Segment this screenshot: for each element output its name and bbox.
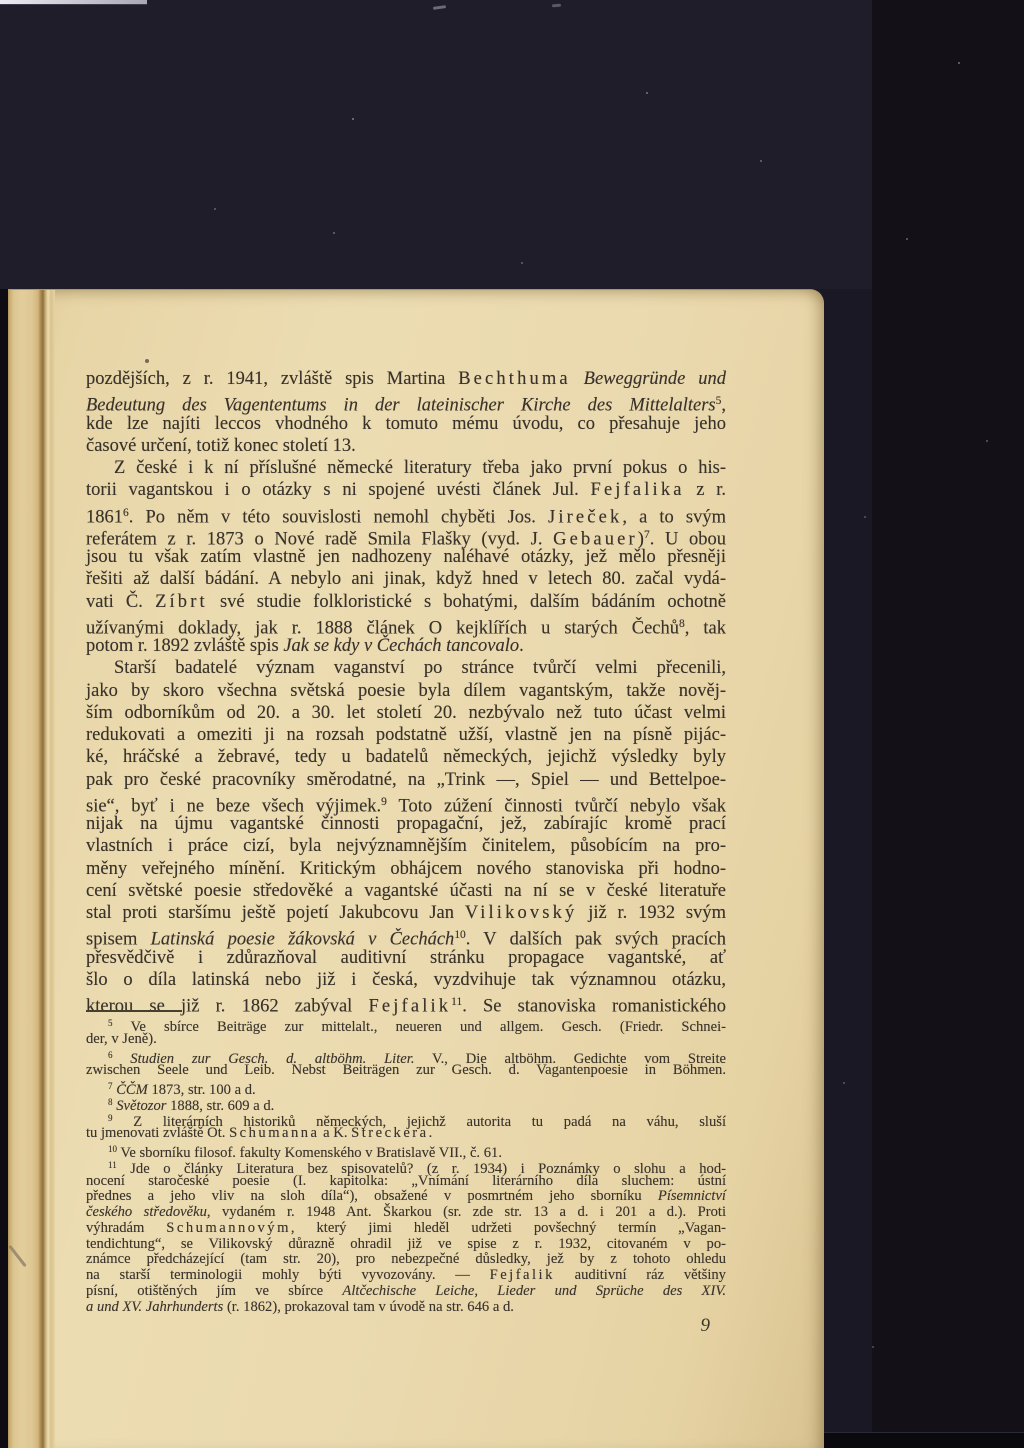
dust-specks [352, 118, 354, 120]
footnote-line: písní, otištěných jím ve sbírce Altčechi… [86, 1284, 726, 1300]
footnote-reference: 6 [108, 1050, 113, 1060]
text-segment: tendichtung“, se Vilikovský důrazně ohra… [86, 1236, 726, 1252]
ink-spot [145, 359, 149, 363]
text-segment: ké, hráčské a žebravé, tedy u badatelů n… [86, 747, 726, 767]
text-line: vlastních i práce cizí, byla nejvýznamně… [86, 835, 726, 857]
text-segment: pak pro české pracovníky směrodatné, na … [86, 770, 726, 790]
text-line: ké, hráčské a žebravé, tedy u badatelů n… [86, 746, 726, 768]
text-segment: Streckera [351, 1125, 428, 1141]
text-segment: , vydaném r. 1948 Ant. Škarkou (sr. zde … [207, 1204, 726, 1220]
text-segment: ším odborníkům od 20. a 30. let století … [86, 703, 726, 723]
footnote-reference: 11 [451, 996, 462, 1008]
text-segment: der, v Jeně). [86, 1031, 157, 1047]
text-segment: Beweggründe und [584, 369, 726, 389]
text-segment: českého středověku [86, 1204, 207, 1220]
text-segment: měny veřejného mínění. Kritickým obhájce… [86, 859, 726, 879]
footnote-reference: 10 [108, 1144, 117, 1154]
text-segment: výhradám [86, 1220, 166, 1236]
page-number: 9 [86, 1315, 726, 1337]
text-line: pak pro české pracovníky směrodatné, na … [86, 769, 726, 791]
black-left-sliver [0, 289, 8, 1448]
text-line: nijak na újmu vagantské činnosti propaga… [86, 813, 726, 835]
scan-bottom-seam [818, 1432, 1024, 1448]
text-segment: přesvědčivě i zdůrazňoval auditivní strá… [86, 948, 726, 968]
text-line: Bedeutung des Vagententums in der latein… [86, 390, 726, 412]
text-segment: torii vagantskou i o otázky s ni spojené… [86, 480, 591, 500]
footnote-line: zwischen Seele und Leib. Nebst Beiträgen… [86, 1063, 726, 1079]
text-segment: , který jimi hleděl udržeti povšechný te… [291, 1220, 726, 1236]
footnote-line: 11 Jde o články Literatura bez spisovate… [86, 1158, 726, 1174]
scanned-book-photo: pozdějších, z r. 1941, zvláště spis Mart… [0, 0, 1024, 1448]
footnote-reference: 11 [108, 1160, 117, 1170]
footnote-line: 5 Ve sbírce Beiträge zur mittelalt., neu… [86, 1016, 726, 1032]
text-segment: na starší terminologii mohly býti vyvozo… [86, 1267, 490, 1283]
text-segment: vlastních i práce cizí, byla nejvýznamně… [86, 836, 726, 856]
footnote-reference: 7 [108, 1081, 113, 1091]
text-segment: Fejfalika [591, 480, 685, 500]
text-line: stal proti staršímu ještě pojetí Jakubco… [86, 902, 726, 924]
text-segment: známce předcházející (tam str. 20), pro … [86, 1251, 726, 1267]
footnote-line: na starší terminologii mohly býti vyvozo… [86, 1268, 726, 1284]
footnote-line: výhradám Schumannovým, který jimi hleděl… [86, 1221, 726, 1237]
text-segment: Ve sbírce Beiträge zur mittelalt., neuer… [113, 1019, 726, 1035]
text-segment: přednes a jeho vliv na sloh díla“), obsa… [86, 1188, 658, 1204]
black-backdrop-top [0, 0, 872, 289]
text-segment: cení světské poesie středověké a vagants… [86, 881, 726, 901]
text-segment: Jak se kdy v Čechách tancovalo [283, 636, 519, 656]
text-line: přesvědčivě i zdůrazňoval auditivní strá… [86, 947, 726, 969]
footnote-line: přednes a jeho vliv na sloh díla“), obsa… [86, 1189, 726, 1205]
text-line: redukovati a omeziti ji na rozsah podsta… [86, 724, 726, 746]
text-segment: a K. [320, 1125, 352, 1141]
text-segment [571, 369, 584, 389]
text-line: Starší badatelé význam vaganství po strá… [86, 657, 726, 679]
footnotes: 5 Ve sbírce Beiträge zur mittelalt., neu… [86, 1016, 726, 1315]
text-line: pozdějších, z r. 1941, zvláště spis Mart… [86, 368, 726, 390]
text-segment: Písemnictví [658, 1188, 726, 1204]
text-segment: (r. 1862), prokazoval tam v úvodě na str… [223, 1299, 514, 1315]
footnote-line: 9 Z literárních historiků německých, jej… [86, 1111, 726, 1127]
text-line: kde lze najíti leccos vhodného k tomuto … [86, 413, 726, 435]
text-segment: jako by skoro všechna světská poesie byl… [86, 681, 726, 701]
text-segment: nijak na újmu vagantské činnosti propaga… [86, 814, 726, 834]
text-line: cení světské poesie středověké a vagants… [86, 880, 726, 902]
text-segment: stal proti staršímu ještě pojetí Jakubco… [86, 903, 465, 923]
text-segment: vati Č. [86, 592, 155, 612]
text-segment: kterou se již r. 1862 zabýval [86, 996, 368, 1016]
footnote-reference: 8 [108, 1097, 113, 1107]
text-line: měny veřejného mínění. Kritickým obhájce… [86, 858, 726, 880]
footnote-reference: 10 [454, 929, 465, 941]
text-line: Z české i k ní příslušné německé literat… [86, 457, 726, 479]
text-segment: . Se stanoviska romanistického [462, 996, 726, 1016]
text-segment: tu jmenovati zvláště Ot. [86, 1125, 229, 1141]
footnote-line: tendichtung“, se Vilikovský důrazně ohra… [86, 1237, 726, 1253]
text-segment: auditivní ráz většiny [555, 1267, 726, 1283]
text-line: kterou se již r. 1862 zabýval Fejfalik11… [86, 991, 726, 1013]
footnote-line: 7 ČČM 1873, str. 100 a d. [86, 1079, 726, 1095]
footnote-line: českého středověku, vydaném r. 1948 Ant.… [86, 1205, 726, 1221]
text-segment: kde lze najíti leccos vhodného k tomuto … [86, 414, 726, 434]
text-segment: potom r. 1892 zvláště spis [86, 636, 283, 656]
footnote-line: nocení staročeské poesie (I. kapitolka: … [86, 1174, 726, 1190]
footnote-separator [86, 1010, 182, 1012]
text-segment: Schumannovým [166, 1220, 291, 1236]
text-segment: . [429, 1125, 433, 1141]
text-line: jako by skoro všechna světská poesie byl… [86, 680, 726, 702]
text-segment: Zíbrt [155, 592, 208, 612]
body-text: pozdějších, z r. 1941, zvláště spis Mart… [86, 368, 726, 1013]
text-segment: písní, otištěných jím ve sbírce [86, 1283, 342, 1299]
text-segment: Z české i k ní příslušné německé literat… [114, 458, 726, 478]
text-segment: Fejfalik [368, 996, 451, 1016]
text-segment: nocení staročeské poesie (I. kapitolka: … [86, 1173, 726, 1189]
footnote-line: známce předcházející (tam str. 20), pro … [86, 1252, 726, 1268]
text-line: 18616. Po něm v této souvislosti nemohl … [86, 502, 726, 524]
black-backdrop-right-column [872, 0, 1024, 1448]
text-line: ším odborníkům od 20. a 30. let století … [86, 702, 726, 724]
text-segment: redukovati a omeziti ji na rozsah podsta… [86, 725, 726, 745]
text-line: šlo o díla latinská nebo již i česká, vy… [86, 969, 726, 991]
text-segment: Bechthuma [458, 369, 571, 389]
text-line: potom r. 1892 zvláště spis Jak se kdy v … [86, 635, 726, 657]
text-segment: časové určení, totiž konec století 13. [86, 436, 356, 456]
text-segment: své studie folkloristické s bohatými, da… [208, 592, 726, 612]
pencil-mark [8, 1245, 26, 1267]
text-line: řešiti až další bádání. A nebylo ani jin… [86, 568, 726, 590]
text-segment: šlo o díla latinská nebo již i česká, vy… [86, 970, 726, 990]
text-line: referátem z r. 1873 o Nové radě Smila Fl… [86, 524, 726, 546]
footnote-line: 8 Světozor 1888, str. 609 a d. [86, 1095, 726, 1111]
text-segment: Vilikovský [465, 903, 578, 923]
text-line: spisem Latinská poesie žákovská v Čechác… [86, 924, 726, 946]
text-segment: . [519, 636, 524, 656]
text-line: časové určení, totiž konec století 13. [86, 435, 726, 457]
text-segment: Starší badatelé význam vaganství po strá… [114, 658, 726, 678]
footnote-line: 6 Studien zur Gesch. d. altböhm. Liter. … [86, 1048, 726, 1064]
scan-white-strip [0, 0, 147, 5]
text-segment: zwischen Seele und Leib. Nebst Beiträgen… [86, 1062, 726, 1078]
footnote-line: 10 Ve sborníku filosof. fakulty Komenské… [86, 1142, 726, 1158]
footnote-line: a und XV. Jahrhunderts (r. 1862), prokaz… [86, 1300, 726, 1316]
text-segment: řešiti až další bádání. A nebylo ani jin… [86, 569, 726, 589]
text-segment: pozdějších, z r. 1941, zvláště spis Mart… [86, 369, 458, 389]
text-segment: Schumanna [229, 1125, 319, 1141]
text-segment: Altčechische Leiche, Lieder und Sprüche … [342, 1283, 726, 1299]
text-segment: jsou tu však zatím vlastně jen nadhozeny… [86, 547, 726, 567]
text-segment: z r. [685, 480, 726, 500]
text-line: jsou tu však zatím vlastně jen nadhozeny… [86, 546, 726, 568]
text-segment: již r. 1932 svým [577, 903, 726, 923]
text-line: vati Č. Zíbrt své studie folkloristické … [86, 591, 726, 613]
text-line: užívanými doklady, jak r. 1888 článek O … [86, 613, 726, 635]
book-page: pozdějších, z r. 1941, zvláště spis Mart… [8, 289, 824, 1448]
text-segment: Fejfalik [490, 1267, 555, 1283]
text-line: torii vagantskou i o otázky s ni spojené… [86, 479, 726, 501]
text-segment: a und XV. Jahrhunderts [86, 1299, 223, 1315]
text-segment: , tak [685, 618, 726, 638]
text-line: sie“, byť i ne beze všech výjimek.9 Toto… [86, 791, 726, 813]
